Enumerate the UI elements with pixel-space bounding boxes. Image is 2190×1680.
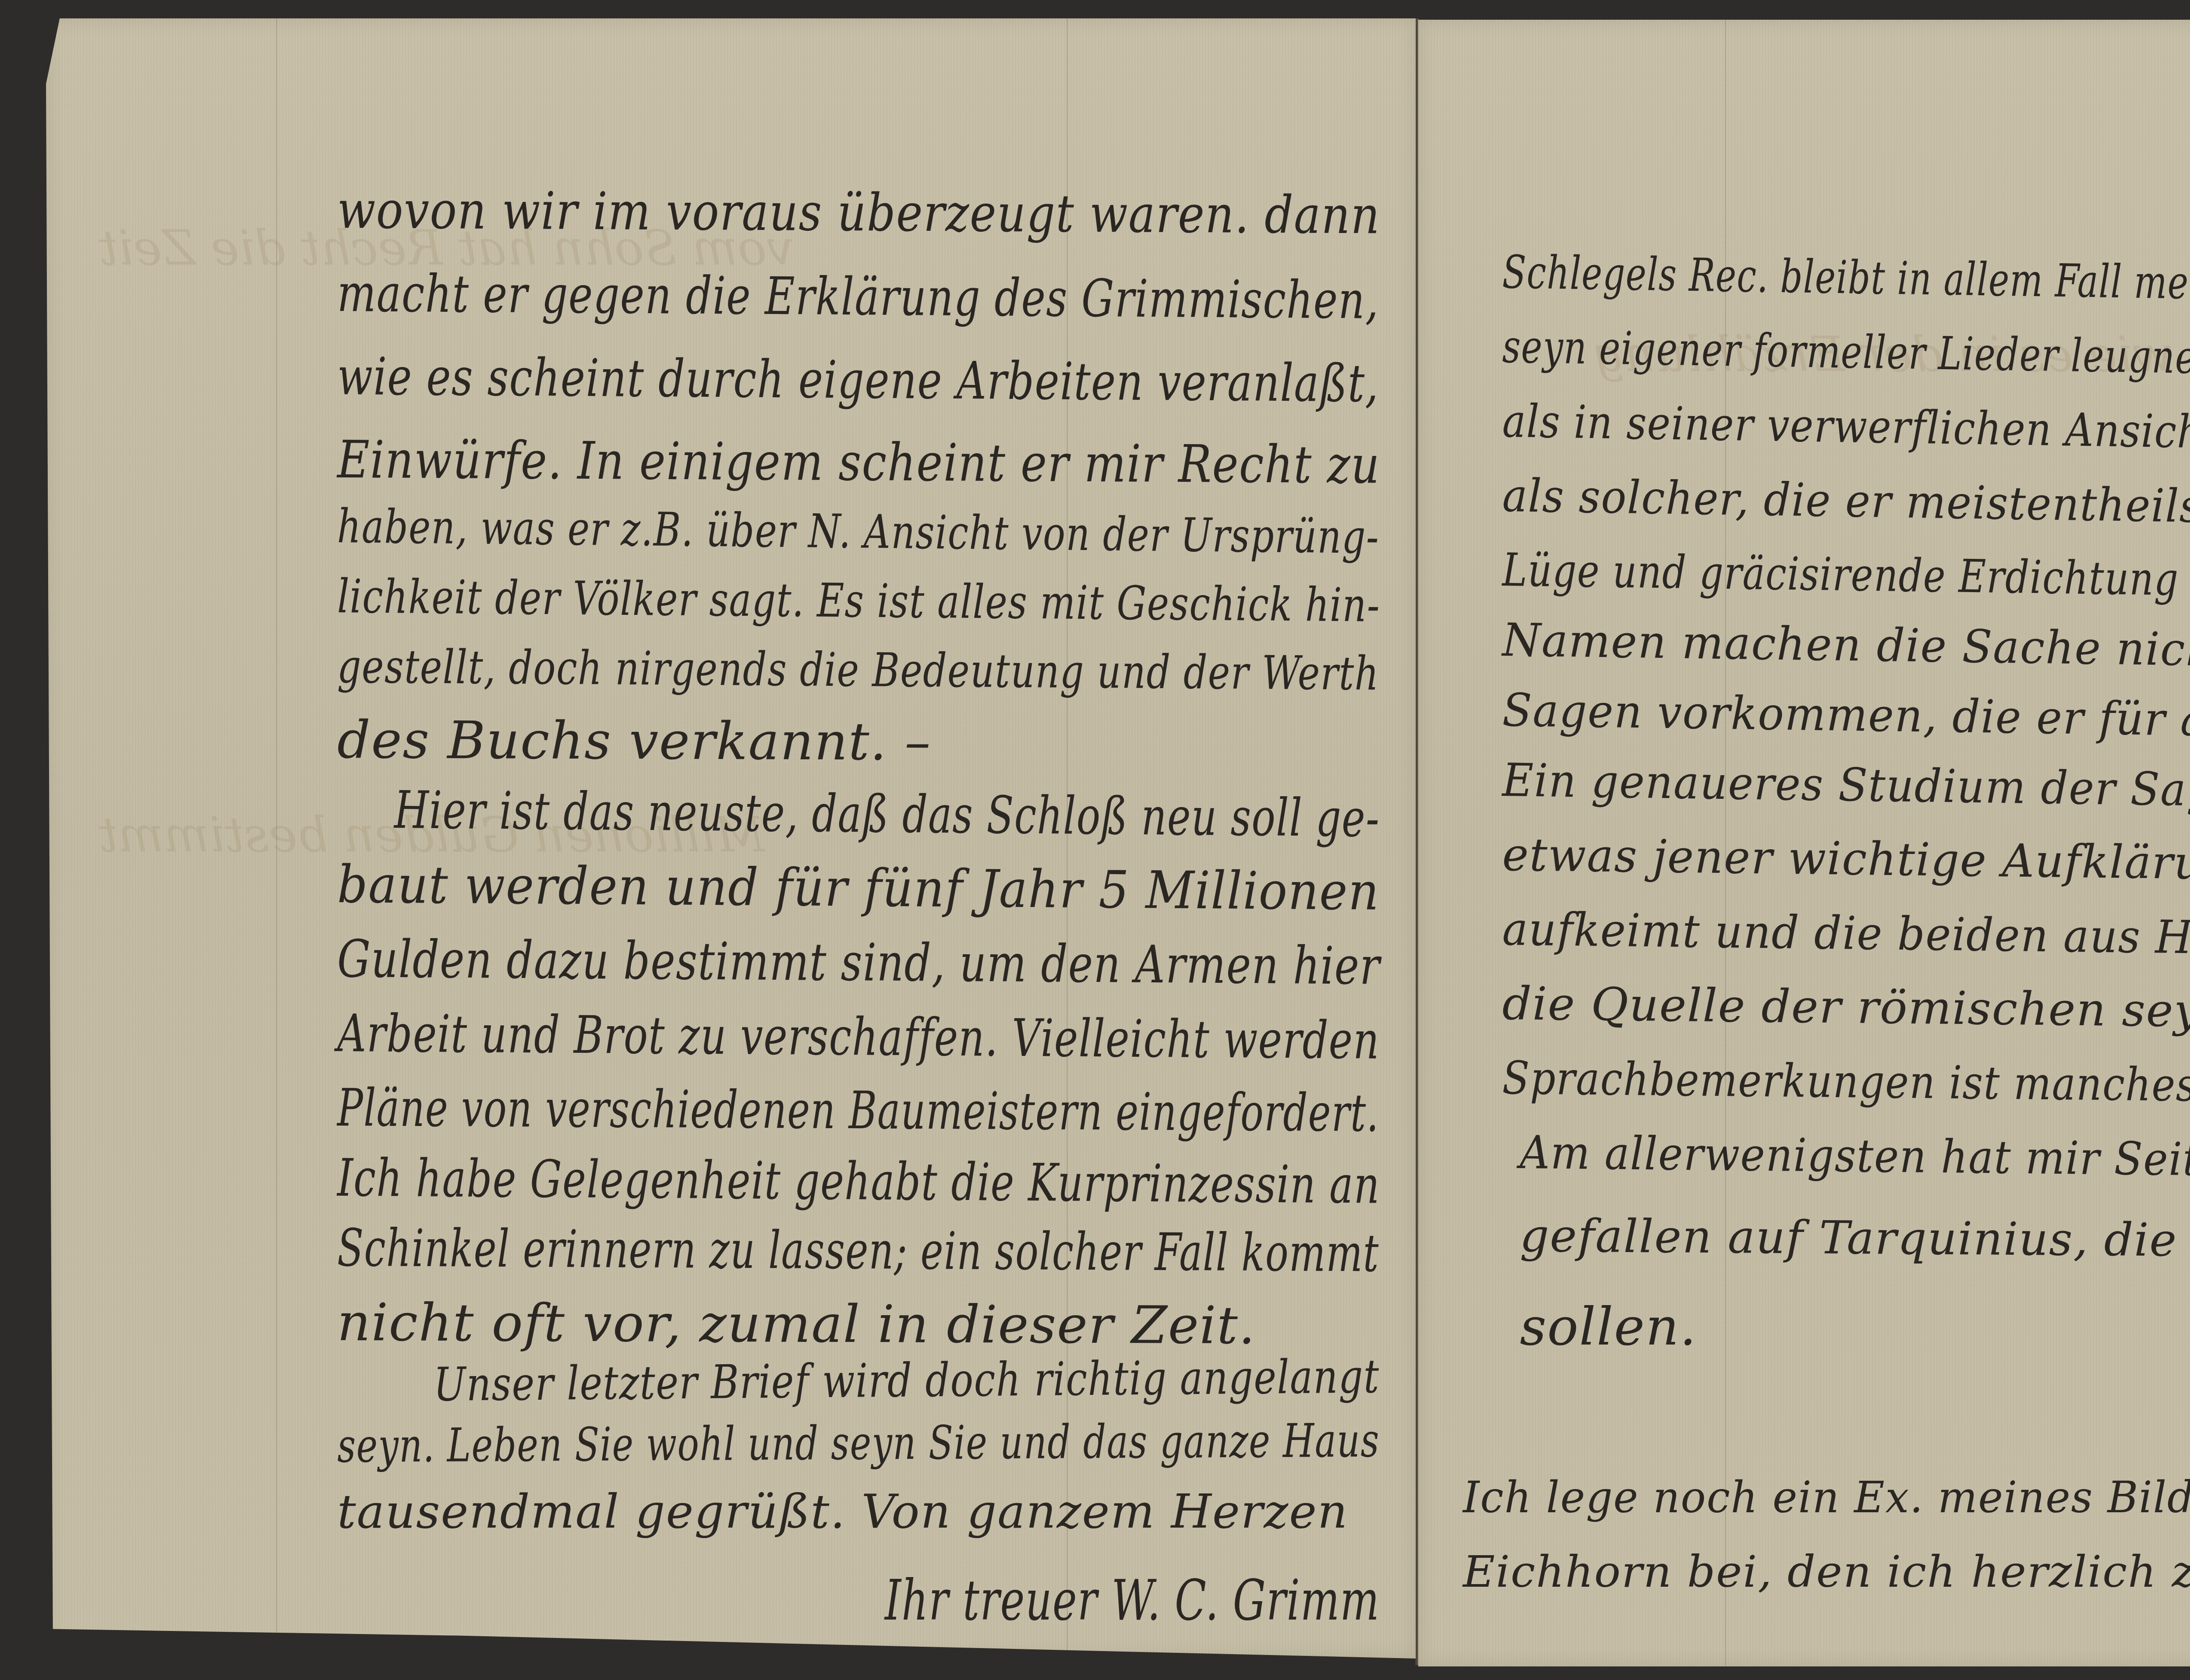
text-line: des Buchs verkannt. – (337, 709, 932, 772)
text-line: macht er gegen die Erklärung des Grimmis… (337, 263, 1379, 331)
text-line: Schinkel erinnern zu lassen; ein solcher… (337, 1218, 1380, 1283)
text-line: gestellt, doch nirgends die Bedeutung un… (337, 639, 1380, 701)
postscript-line: Eichhorn bei, den ich herzlich zu grüßen… (1463, 1546, 2190, 1597)
text-line: sollen. (1520, 1296, 1697, 1357)
signature: Ihr treuer W. C. Grimm (885, 1568, 1380, 1633)
text-line: Hier ist das neuste, daß das Schloß neu … (394, 780, 1380, 849)
text-line: Gulden dazu bestimmt sind, um den Armen … (337, 928, 1381, 996)
text-line: tausendmal gegrüßt. Von ganzem Herzen (337, 1485, 1348, 1539)
text-line: Einwürfe. In einigem scheint er mir Rech… (337, 429, 1381, 495)
page-gutter (1416, 18, 1418, 1665)
postscript-line: Ich lege noch ein Ex. meines Bildes für … (1463, 1472, 2190, 1523)
text-line: lichkeit der Völker sagt. Es ist alles m… (337, 569, 1380, 632)
text-line: nicht oft vor, zumal in dieser Zeit. (337, 1292, 1256, 1355)
text-line: gefallen auf Tarquinius, die hätte er ga… (1520, 1209, 2190, 1271)
text-line: seyn. Leben Sie wohl und seyn Sie und da… (337, 1414, 1380, 1473)
text-line: wovon wir im voraus überzeugt waren. dan… (337, 180, 1381, 245)
text-line: baut werden und für fünf Jahr 5 Millione… (337, 854, 1380, 922)
text-line: wie es scheint durch eigene Arbeiten ver… (337, 346, 1379, 414)
text-line: Ich habe Gelegenheit gehabt die Kurprinz… (337, 1147, 1381, 1215)
text-line: Pläne von verschiedenen Baumeistern eing… (337, 1077, 1380, 1143)
text-line: Arbeit und Brot zu verschaffen. Vielleic… (337, 1003, 1380, 1071)
text-line: Unser letzter Brief wird doch richtig an… (433, 1349, 1380, 1412)
text-line: haben, was er z.B. über N. Ansicht von d… (337, 499, 1380, 564)
